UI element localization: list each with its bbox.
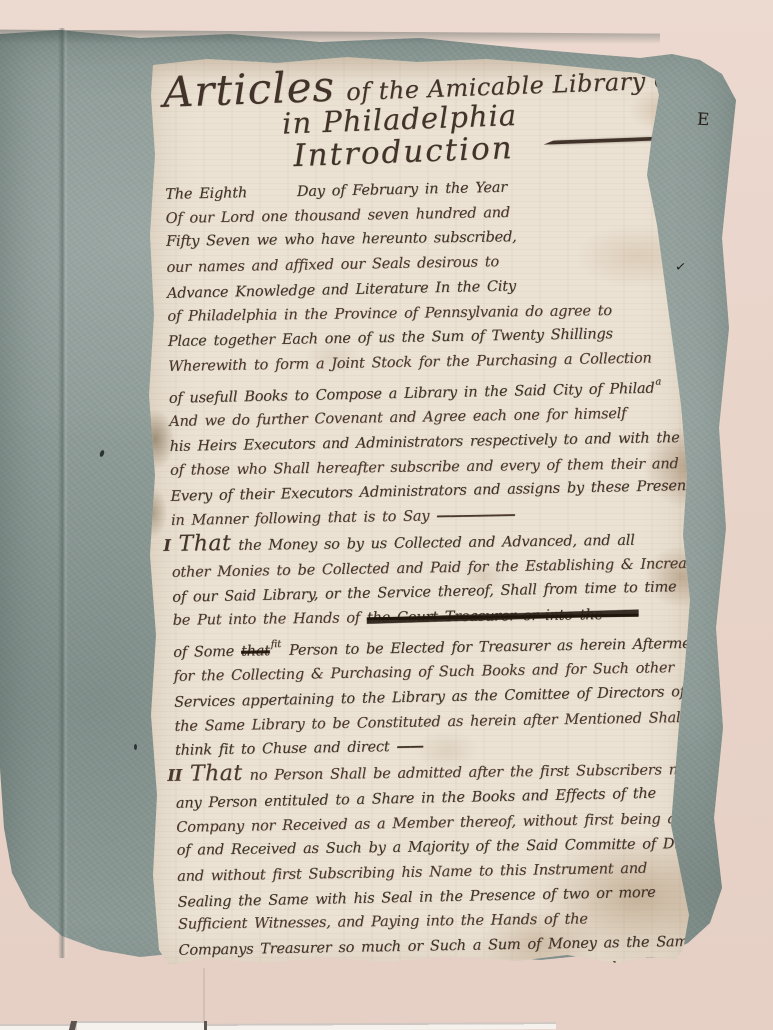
cover-ink-speck <box>134 744 137 750</box>
manuscript-text-segment: the Court Treasurer or into the —— <box>367 607 639 627</box>
manuscript-text-segment: That <box>190 761 243 787</box>
manuscript-text-segment: That <box>178 531 231 557</box>
manuscript-text-segment: Advance Knowledge and Literature In the … <box>167 278 516 301</box>
manuscript-text-segment: I <box>163 536 178 555</box>
manuscript-text-segment: Sufficient Witnesses, and Paying into th… <box>178 912 588 933</box>
book-cover-crease <box>58 28 68 958</box>
manuscript-text-segment: Place together Each one of us the Sum of… <box>168 326 613 350</box>
manuscript-text-segment: be Put into the Hands of <box>173 610 367 629</box>
manuscript-text-segment: being added to the Value of the Whole Co… <box>179 958 718 983</box>
manuscript-text: Articles of the Amicable Library Company… <box>163 54 691 988</box>
support-gap <box>69 1021 77 1030</box>
book-support-foam <box>77 1021 204 1030</box>
manuscript-text-segment: that <box>241 643 270 660</box>
manuscript-text-segment: the Money so by us Collected and Advance… <box>231 533 634 554</box>
manuscript-text-segment: II <box>167 766 190 785</box>
manuscript-text-segment: of our Said Library, or the Service ther… <box>172 580 676 607</box>
manuscript-text-segment: Fifty Seven we who have hereunto subscri… <box>166 230 517 251</box>
manuscript-text-segment: Wherewith to form a Joint Stock for the … <box>168 350 652 374</box>
manuscript-text-segment: think fit to Chuse and direct <box>175 740 397 760</box>
manuscript-text-segment: any Person entituled to a Share in the B… <box>176 786 656 812</box>
manuscript-text-segment: a <box>655 376 661 387</box>
manuscript-body: The Eighth Day of February in the YearOf… <box>165 173 691 988</box>
margin-tick-mark: ✓ <box>674 259 687 275</box>
table-crease <box>203 968 205 1024</box>
manuscript-text-segment <box>247 184 297 201</box>
manuscript-text-segment: Day of February in the Year <box>297 180 507 200</box>
manuscript-text-segment: of usefull Books to Compose a Library in… <box>169 380 655 406</box>
manuscript-text-segment: —————— <box>436 506 514 524</box>
manuscript-text-segment: Of our Lord one thousand seven hundred a… <box>166 205 511 227</box>
manuscript-text-segment: fit <box>271 639 282 650</box>
manuscript-text-segment: —— <box>396 738 422 755</box>
manuscript-text-segment: no Person Shall be admitted after the fi… <box>243 762 694 784</box>
manuscript-page: Articles of the Amicable Library Company… <box>147 55 692 970</box>
book-cover-top-edge <box>0 28 660 44</box>
photo-scene: Articles of the Amicable Library Company… <box>0 0 773 1030</box>
manuscript-text-segment: our names and affixed our Seals desirous… <box>166 254 499 276</box>
book-support-foam <box>0 1024 70 1030</box>
manuscript-text-segment: of and Received as Such by a Majority of… <box>177 836 730 859</box>
book-support-foam <box>206 1022 556 1030</box>
section-heading-text: Introduction <box>293 130 514 174</box>
manuscript-text-segment: in Manner following that is to Say <box>171 508 436 529</box>
manuscript-text-segment: of Philadelphia in the Province of Penns… <box>167 303 612 325</box>
manuscript-text-segment: his Heirs Executors and Administrators r… <box>170 429 744 455</box>
margin-letter-mark: E <box>696 110 709 131</box>
manuscript-text-segment: The Eighth <box>165 185 247 203</box>
manuscript-text-segment: Person to be Elected for Treasurer as he… <box>282 635 741 659</box>
manuscript-text-segment: and without first Subscribing his Name t… <box>177 861 647 885</box>
manuscript-text-segment: of Some <box>173 643 241 660</box>
support-gap <box>204 1021 207 1030</box>
